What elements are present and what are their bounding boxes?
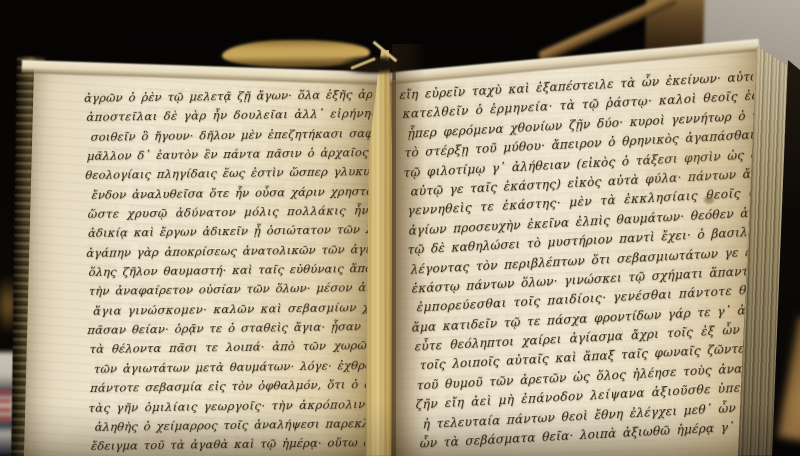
- gutter-shadow: [392, 44, 426, 456]
- manuscript-photo: ἀγρῶν ὁ ῥὲν τῷ μελετᾷ ζῇ ἄγων· ὅλα ἑξῆς …: [0, 0, 800, 456]
- paper-stain: [60, 418, 270, 456]
- ink-spot: [704, 196, 714, 204]
- paper-stain: [636, 116, 748, 210]
- blurred-spine-lettering: [0, 390, 12, 424]
